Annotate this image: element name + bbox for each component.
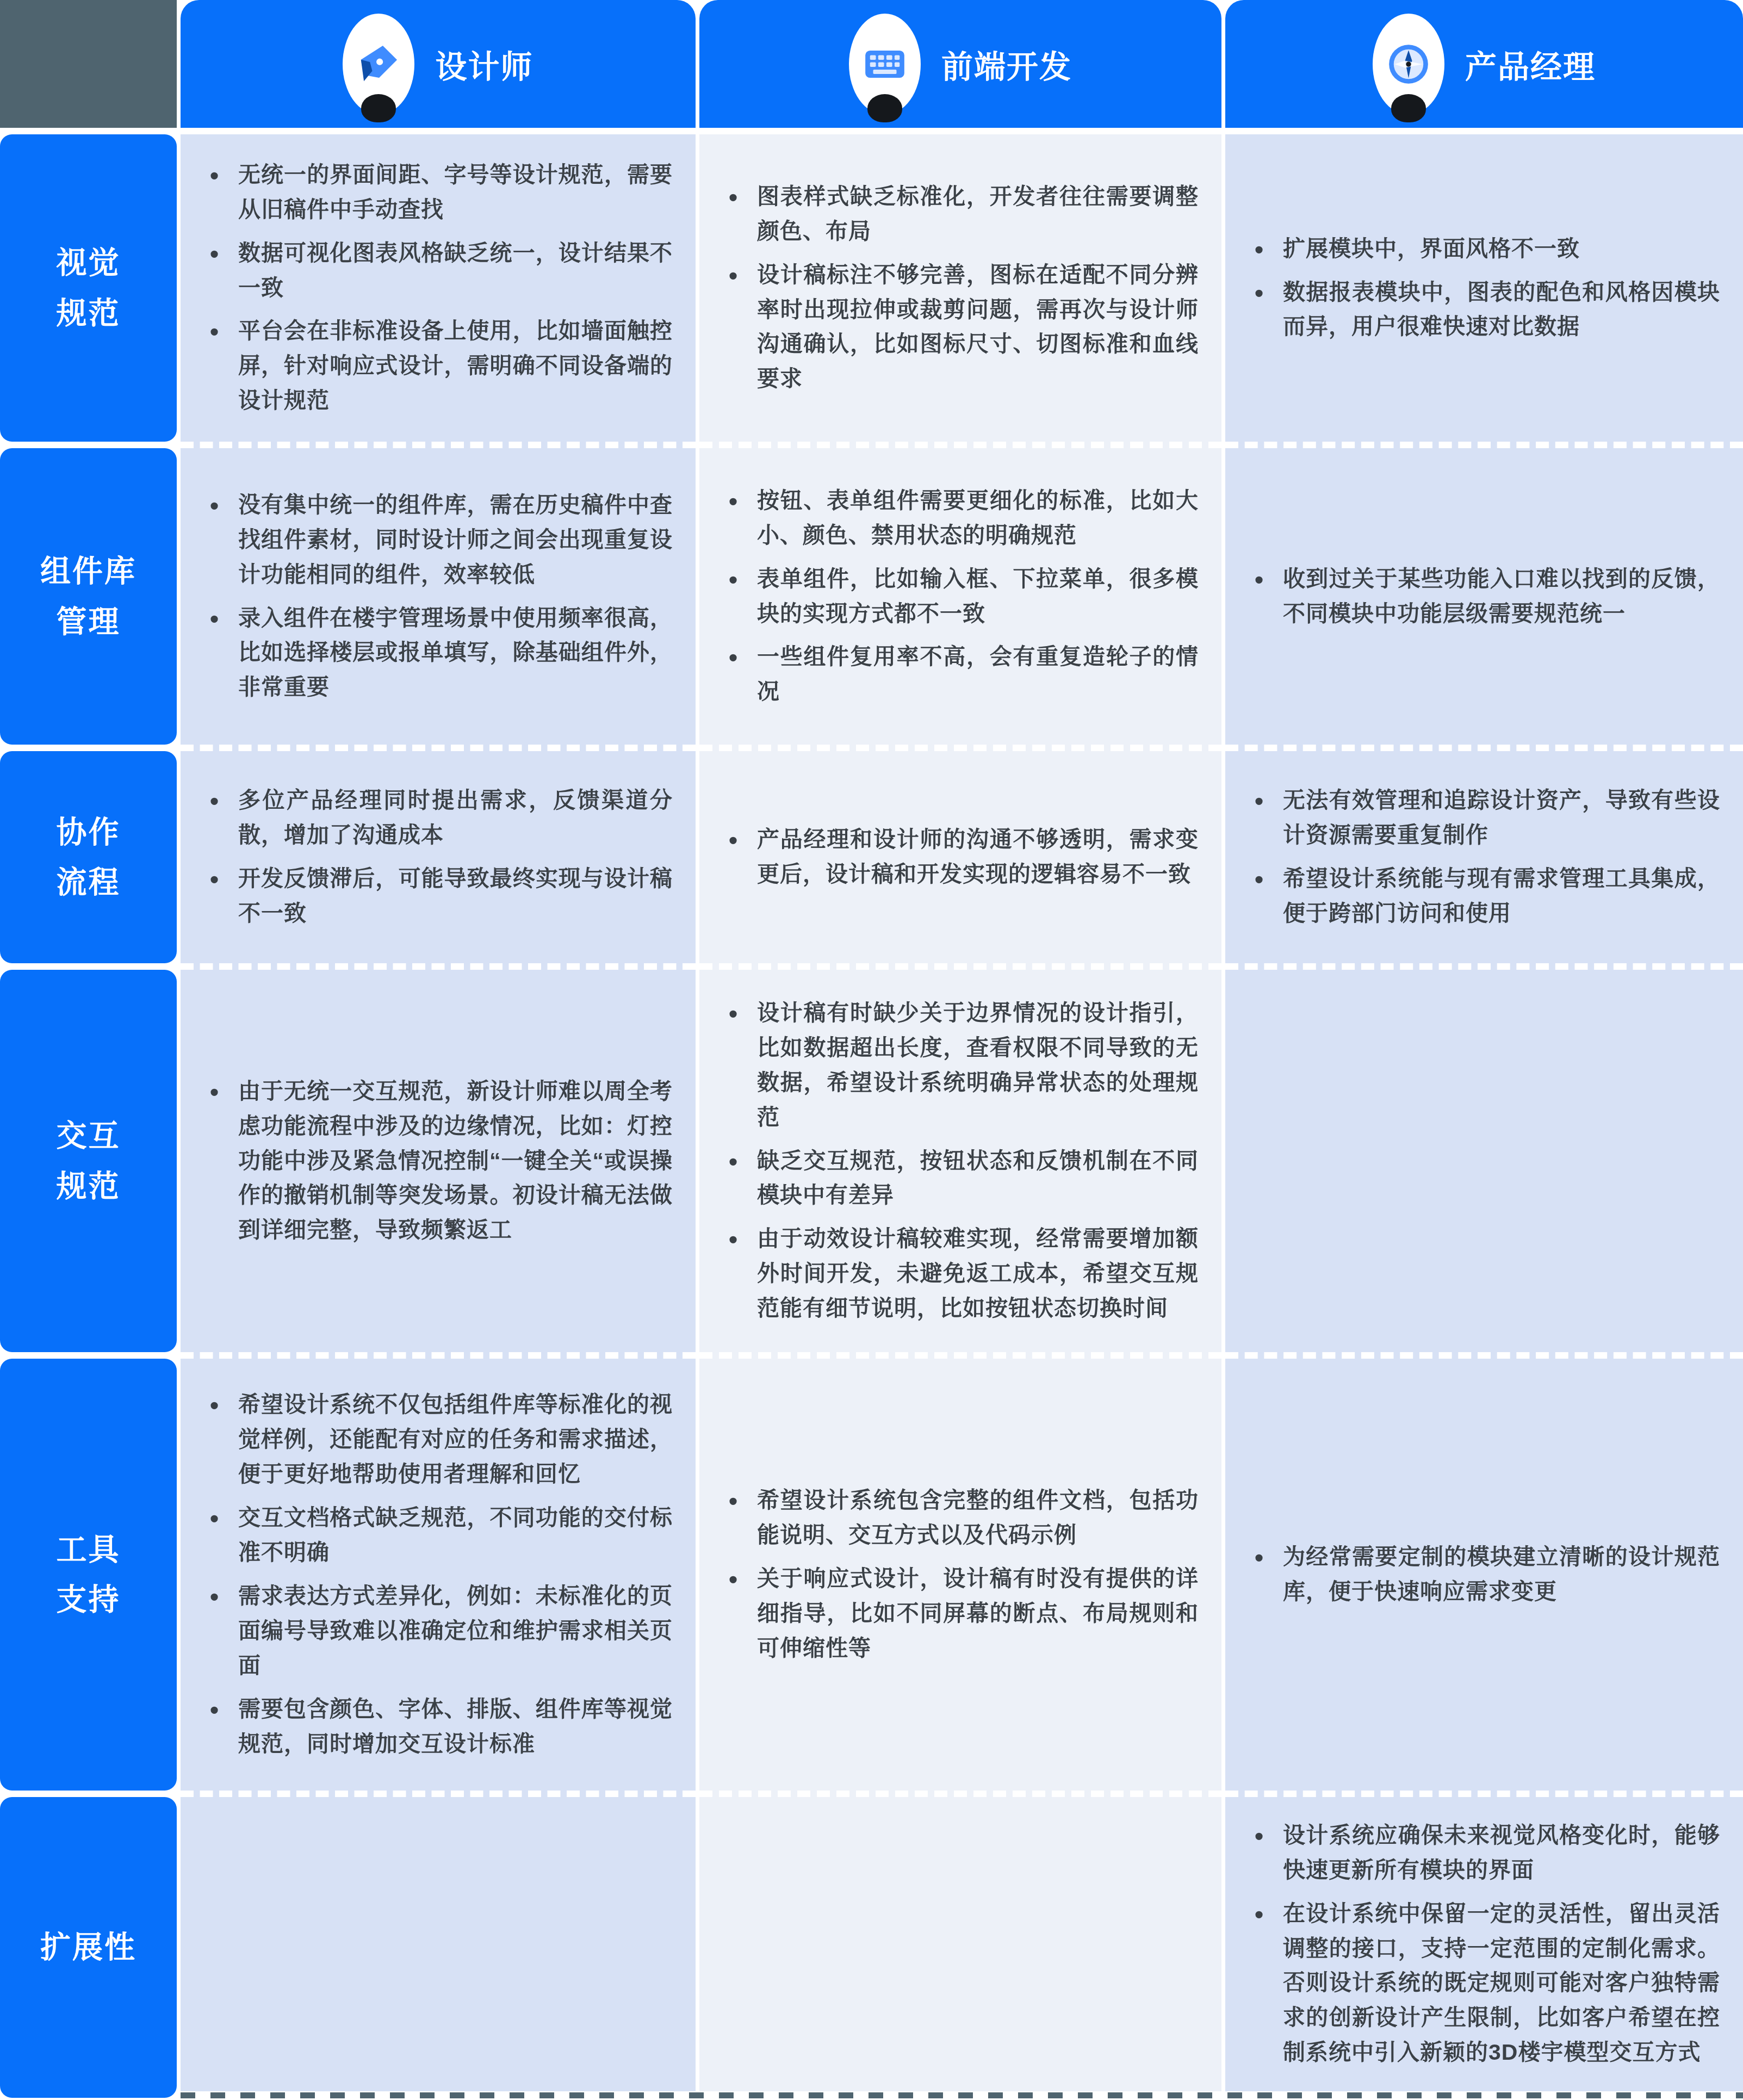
- corner-cell: [0, 0, 177, 134]
- bullet-item: 由于无统一交互规范，新设计师难以周全考虑功能流程中涉及的边缘情况，比如：灯控功能…: [203, 1074, 673, 1248]
- bullet-item: 设计系统应确保未来视觉风格变化时，能够快速更新所有模块的界面: [1248, 1818, 1720, 1888]
- bullet-item: 希望设计系统不仅包括组件库等标准化的视觉样例，还能配有对应的任务和需求描述，便于…: [203, 1387, 673, 1492]
- bullet-list: 无法有效管理和追踪设计资产，导致有些设计资源需要重复制作希望设计系统能与现有需求…: [1248, 775, 1720, 940]
- row-label-text: 视觉 规范: [57, 238, 121, 338]
- row-label-text: 交互 规范: [57, 1111, 121, 1211]
- bullet-list: 扩展模块中，界面风格不一致数据报表模块中，图表的配色和风格因模块而异，用户很难快…: [1248, 223, 1720, 354]
- bullet-list: 由于无统一交互规范，新设计师难以周全考虑功能流程中涉及的边缘情况，比如：灯控功能…: [203, 1066, 673, 1257]
- row-label-interaction-spec: 交互 规范: [0, 970, 177, 1352]
- bullet-item: 收到过关于某些功能入口难以找到的反馈，不同模块中功能层级需要规范统一: [1248, 562, 1720, 631]
- bullet-item: 数据报表模块中，图表的配色和风格因模块而异，用户很难快速对比数据: [1248, 275, 1720, 345]
- bullet-item: 希望设计系统能与现有需求管理工具集成，便于跨部门访问和使用: [1248, 862, 1720, 931]
- row-label-tool-support: 工具 支持: [0, 1359, 177, 1791]
- bullet-item: 表单组件，比如输入框、下拉菜单，很多模块的实现方式都不一致: [722, 562, 1199, 631]
- matrix-cell-component-frontend: 按钮、表单组件需要更细化的标准，比如大小、颜色、禁用状态的明确规范表单组件，比如…: [699, 448, 1221, 751]
- bullet-item: 缺乏交互规范，按钮状态和反馈机制在不同模块中有差异: [722, 1144, 1199, 1213]
- bullet-item: 交互文档格式缺乏规范，不同功能的交付标准不明确: [203, 1501, 673, 1570]
- bullet-list: 设计系统应确保未来视觉风格变化时，能够快速更新所有模块的界面 在设计系统中保留一…: [1248, 1810, 1720, 2079]
- bullet-item: 产品经理和设计师的沟通不够透明，需求变更后，设计稿和开发实现的逻辑容易不一致: [722, 822, 1199, 892]
- column-header-label: 设计师: [435, 41, 533, 87]
- icon-stand: [867, 94, 902, 122]
- bullet-item: 无统一的界面间距、字号等设计规范，需要从旧稿件中手动查找: [203, 158, 673, 227]
- bullet-item: 需求表达方式差异化，例如：未标准化的页面编号导致难以准确定位和维护需求相关页面: [203, 1579, 673, 1683]
- bullet-list: 没有集中统一的组件库，需在历史稿件中查找组件素材，同时设计师之间会出现重复设计功…: [203, 479, 673, 714]
- matrix-cell-component-designer: 没有集中统一的组件库，需在历史稿件中查找组件素材，同时设计师之间会出现重复设计功…: [181, 448, 696, 751]
- matrix-cell-extensibility-designer: [181, 1797, 696, 2100]
- bullet-item: 一些组件复用率不高，会有重复造轮子的情况: [722, 640, 1199, 709]
- matrix-cell-tool-pm: 为经常需要定制的模块建立清晰的设计规范库，便于快速响应需求变更: [1225, 1359, 1743, 1797]
- bullet-list: 按钮、表单组件需要更细化的标准，比如大小、颜色、禁用状态的明确规范表单组件，比如…: [722, 475, 1199, 718]
- bullet-item: 为经常需要定制的模块建立清晰的设计规范库，便于快速响应需求变更: [1248, 1540, 1720, 1609]
- row-label-text: 扩展性: [40, 1922, 137, 1972]
- bullet-item: 希望设计系统包含完整的组件文档，包括功能说明、交互方式以及代码示例: [722, 1483, 1199, 1553]
- bullet-list: 图表样式缺乏标准化，开发者往往需要调整颜色、布局设计稿标注不够完善，图标在适配不…: [722, 171, 1199, 406]
- bullet-list: 设计稿有时缺少关于边界情况的设计指引，比如数据超出长度，查看权限不同导致的无数据…: [722, 987, 1199, 1335]
- bullet-item: 在设计系统中保留一定的灵活性，留出灵活调整的接口，支持一定范围的定制化需求。否则…: [1248, 1897, 1720, 2071]
- bullet-list: 收到过关于某些功能入口难以找到的反馈，不同模块中功能层级需要规范统一: [1248, 553, 1720, 640]
- compass-icon: [1373, 14, 1444, 115]
- keyboard-icon: [849, 14, 921, 115]
- bullet-list: 多位产品经理同时提出需求，反馈渠道分散，增加了沟通成本开发反馈滞后，可能导致最终…: [203, 775, 673, 940]
- bullet-item: 图表样式缺乏标准化，开发者往往需要调整颜色、布局: [722, 179, 1199, 249]
- matrix-cell-visual-designer: 无统一的界面间距、字号等设计规范，需要从旧稿件中手动查找数据可视化图表风格缺乏统…: [181, 134, 696, 448]
- matrix-cell-tool-frontend: 希望设计系统包含完整的组件文档，包括功能说明、交互方式以及代码示例关于响应式设计…: [699, 1359, 1221, 1797]
- bullet-item: 录入组件在楼宇管理场景中使用频率很高，比如选择楼层或报单填写，除基础组件外，非常…: [203, 601, 673, 705]
- matrix-cell-interaction-pm: [1225, 970, 1743, 1359]
- bullet-list: 希望设计系统包含完整的组件文档，包括功能说明、交互方式以及代码示例关于响应式设计…: [722, 1475, 1199, 1675]
- matrix-cell-visual-pm: 扩展模块中，界面风格不一致数据报表模块中，图表的配色和风格因模块而异，用户很难快…: [1225, 134, 1743, 448]
- bullet-list: 无统一的界面间距、字号等设计规范，需要从旧稿件中手动查找数据可视化图表风格缺乏统…: [203, 149, 673, 428]
- column-header-designer: 设计师: [181, 0, 696, 128]
- row-label-visual-spec: 视觉 规范: [0, 134, 177, 442]
- bullet-list: 希望设计系统不仅包括组件库等标准化的视觉样例，还能配有对应的任务和需求描述，便于…: [203, 1379, 673, 1770]
- matrix-cell-collab-frontend: 产品经理和设计师的沟通不够透明，需求变更后，设计稿和开发实现的逻辑容易不一致: [699, 751, 1221, 970]
- bullet-item: 关于响应式设计，设计稿有时没有提供的详细指导，比如不同屏幕的断点、布局规则和可伸…: [722, 1562, 1199, 1666]
- bullet-item: 需要包含颜色、字体、排版、组件库等视觉规范，同时增加交互设计标准: [203, 1692, 673, 1762]
- bottom-dashed-border: [181, 2092, 1743, 2098]
- bullet-item: 平台会在非标准设备上使用，比如墙面触控屏，针对响应式设计，需明确不同设备端的设计…: [203, 314, 673, 418]
- row-label-extensibility: 扩展性: [0, 1797, 177, 2098]
- corner-spacer: [0, 0, 177, 128]
- bullet-item: 数据可视化图表风格缺乏统一，设计结果不一致: [203, 236, 673, 306]
- column-header-frontend: 前端开发: [699, 0, 1221, 128]
- row-label-text: 协作 流程: [57, 807, 121, 908]
- bullet-item: 开发反馈滞后，可能导致最终实现与设计稿不一致: [203, 862, 673, 931]
- matrix-cell-visual-frontend: 图表样式缺乏标准化，开发者往往需要调整颜色、布局设计稿标注不够完善，图标在适配不…: [699, 134, 1221, 448]
- matrix-cell-collab-pm: 无法有效管理和追踪设计资产，导致有些设计资源需要重复制作希望设计系统能与现有需求…: [1225, 751, 1743, 970]
- matrix-cell-interaction-frontend: 设计稿有时缺少关于边界情况的设计指引，比如数据超出长度，查看权限不同导致的无数据…: [699, 970, 1221, 1359]
- matrix-cell-collab-designer: 多位产品经理同时提出需求，反馈渠道分散，增加了沟通成本开发反馈滞后，可能导致最终…: [181, 751, 696, 970]
- matrix-cell-tool-designer: 希望设计系统不仅包括组件库等标准化的视觉样例，还能配有对应的任务和需求描述，便于…: [181, 1359, 696, 1797]
- matrix-cell-component-pm: 收到过关于某些功能入口难以找到的反馈，不同模块中功能层级需要规范统一: [1225, 448, 1743, 751]
- icon-stand: [1391, 94, 1426, 122]
- row-label-text: 工具 支持: [57, 1525, 121, 1625]
- matrix-cell-interaction-designer: 由于无统一交互规范，新设计师难以周全考虑功能流程中涉及的边缘情况，比如：灯控功能…: [181, 970, 696, 1359]
- bullet-item: 设计稿标注不够完善，图标在适配不同分辨率时出现拉伸或裁剪问题，需再次与设计师沟通…: [722, 258, 1199, 397]
- bullet-list: 为经常需要定制的模块建立清晰的设计规范库，便于快速响应需求变更: [1248, 1531, 1720, 1618]
- row-label-component-library: 组件库 管理: [0, 448, 177, 745]
- bullet-item: 按钮、表单组件需要更细化的标准，比如大小、颜色、禁用状态的明确规范: [722, 484, 1199, 553]
- column-header-product-manager: 产品经理: [1225, 0, 1743, 128]
- bullet-item: 扩展模块中，界面风格不一致: [1248, 232, 1720, 267]
- matrix-cell-extensibility-frontend: [699, 1797, 1221, 2100]
- bullet-item: 无法有效管理和追踪设计资产，导致有些设计资源需要重复制作: [1248, 783, 1720, 853]
- bullet-item: 多位产品经理同时提出需求，反馈渠道分散，增加了沟通成本: [203, 783, 673, 853]
- row-label-text: 组件库 管理: [40, 546, 137, 647]
- bullet-list: 产品经理和设计师的沟通不够透明，需求变更后，设计稿和开发实现的逻辑容易不一致: [722, 814, 1199, 901]
- bullet-item: 没有集中统一的组件库，需在历史稿件中查找组件素材，同时设计师之间会出现重复设计功…: [203, 488, 673, 592]
- column-header-label: 前端开发: [941, 41, 1072, 87]
- bullet-item: 设计稿有时缺少关于边界情况的设计指引，比如数据超出长度，查看权限不同导致的无数据…: [722, 996, 1199, 1135]
- bullet-item: 由于动效设计稿较难实现，经常需要增加额外时间开发，未避免返工成本，希望交互规范能…: [722, 1222, 1199, 1326]
- matrix-cell-extensibility-pm: 设计系统应确保未来视觉风格变化时，能够快速更新所有模块的界面 在设计系统中保留一…: [1225, 1797, 1743, 2100]
- column-header-label: 产品经理: [1465, 41, 1596, 87]
- row-label-collaboration: 协作 流程: [0, 751, 177, 963]
- persona-pain-matrix: 设计师 前端开发 产品经理 视觉 规范 无统一的界面间距、字号等设计规范，需要从…: [0, 0, 1743, 2100]
- icon-stand: [361, 94, 396, 122]
- pen-icon: [343, 14, 414, 115]
